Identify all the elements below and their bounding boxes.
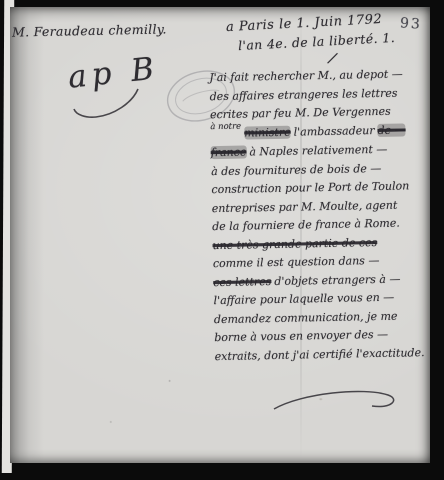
- handwritten-text: entreprises par M. Moulte, agent: [212, 198, 398, 215]
- manuscript-page: M. Feraudeau chemilly. a Paris le 1. Jui…: [10, 7, 430, 463]
- struck-text: une très grande partie de ces: [212, 236, 377, 252]
- handwritten-text: l'ambassadeur: [294, 124, 375, 139]
- struck-text: ministre: [244, 125, 291, 139]
- handwritten-text: de la fourniere de france à Rome.: [212, 217, 400, 234]
- document-scan: M. Feraudeau chemilly. a Paris le 1. Jui…: [0, 0, 444, 480]
- handwritten-text: des affaires etrangeres les lettres: [210, 86, 398, 103]
- gutter-shadow: [10, 7, 44, 463]
- struck-text: de —: [377, 123, 405, 137]
- handwritten-text: comme il est question dans —: [213, 254, 380, 270]
- closing-flourish-icon: [268, 385, 404, 419]
- margin-note: M. Feraudeau chemilly.: [12, 21, 167, 39]
- handwritten-text: extraits, dont j'ai certifié l'exactitud…: [215, 346, 425, 363]
- handwritten-text: à notre: [210, 121, 241, 132]
- body-lines: J'ai fait rechercher M., au depot —des a…: [209, 65, 441, 366]
- handwritten-text: d'objets etrangers à —: [274, 272, 400, 287]
- handwritten-text: ecrites par feu M. De Vergennes: [210, 105, 391, 121]
- handwritten-text: demandez communication, je me: [214, 309, 398, 326]
- handwritten-text: l'affaire pour laquelle vous en —: [213, 291, 394, 307]
- handwritten-text: à Naples relativement —: [249, 143, 387, 159]
- handwritten-text: construction pour le Port de Toulon: [211, 179, 409, 196]
- dateline-revolutionary-year: l'an 4e. de la liberté. 1.: [238, 30, 396, 53]
- struck-text: france: [211, 145, 247, 159]
- paraph-flourish-icon: [66, 87, 152, 121]
- handwritten-text: borne à vous en envoyer des —: [214, 328, 388, 344]
- manuscript-line: extraits, dont j'ai certifié l'exactitud…: [215, 343, 441, 366]
- handwritten-text: à des fournitures de bois de —: [211, 161, 381, 177]
- struck-text: ces lettres: [213, 275, 271, 289]
- folio-number: 93: [399, 15, 422, 32]
- slash-mark: /: [327, 49, 337, 68]
- handwritten-text: J'ai fait rechercher M., au depot —: [209, 67, 403, 84]
